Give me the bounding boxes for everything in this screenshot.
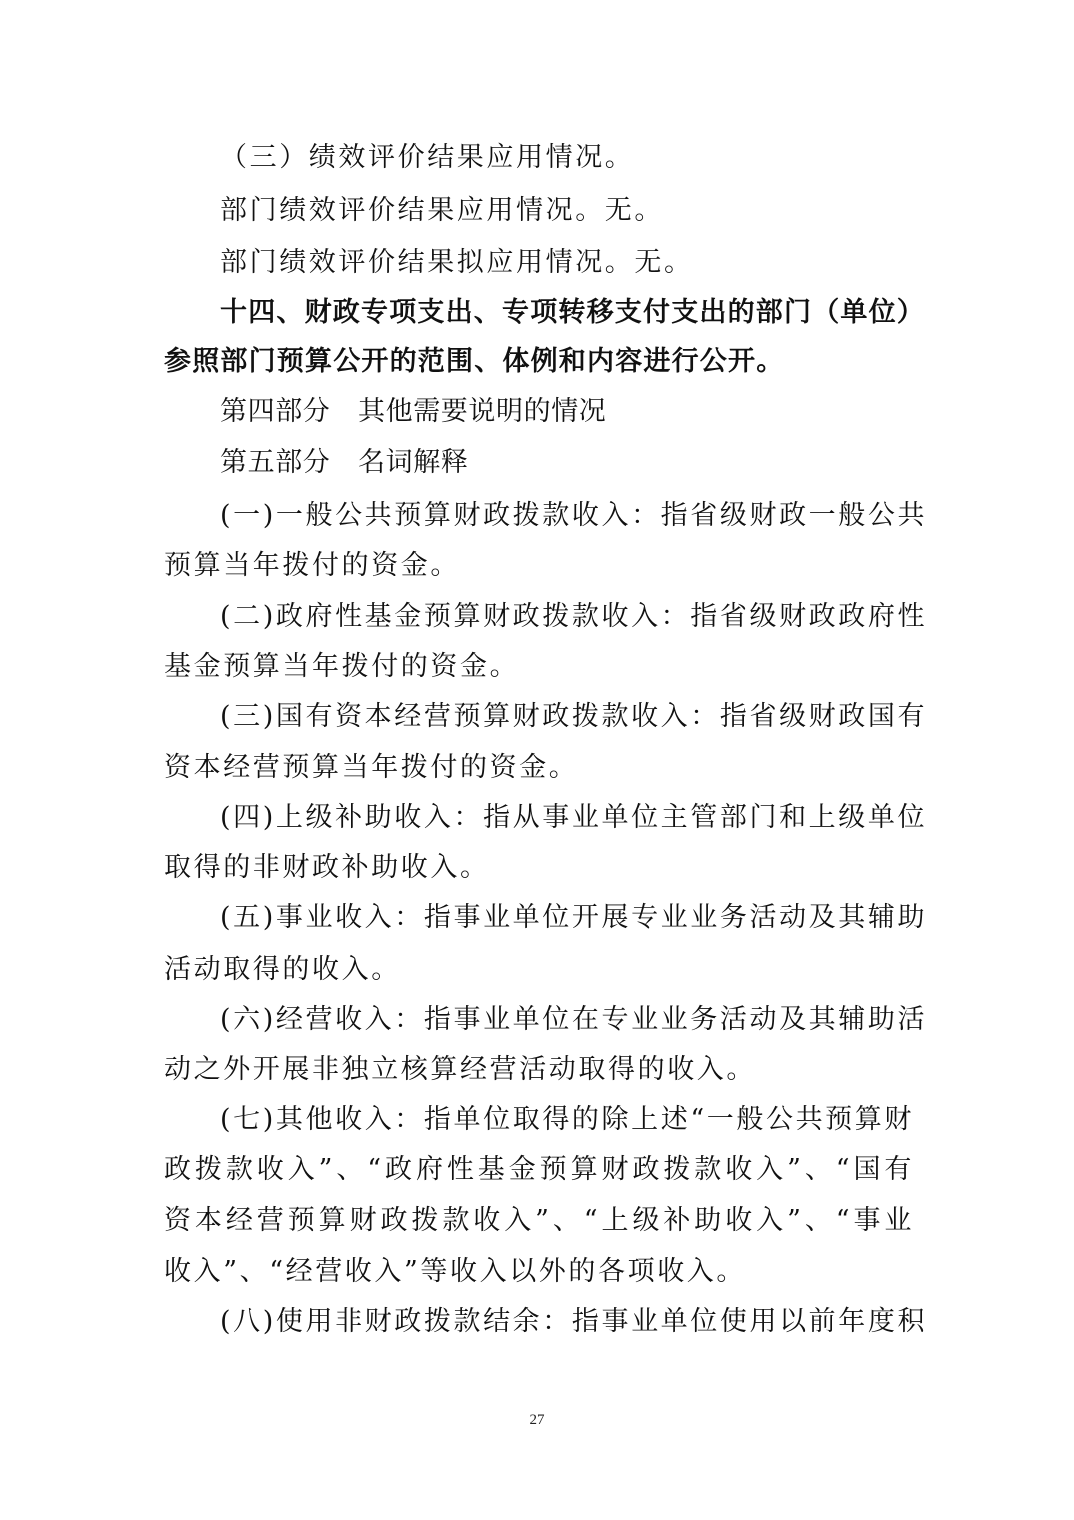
glossary-item-7-continued: 资本经营预算财政拨款收入”、“上级补助收入”、“事业 [164, 1201, 914, 1241]
glossary-item-4: (四)上级补助收入：指从事业单位主管部门和上级单位 [220, 798, 914, 838]
paragraph-line: 部门绩效评价结果应用情况。无。 [220, 191, 970, 231]
paragraph-line: 部门绩效评价结果拟应用情况。无。 [220, 243, 970, 283]
glossary-item-2-continued: 基金预算当年拨付的资金。 [164, 647, 914, 687]
glossary-item-1: (一)一般公共预算财政拨款收入：指省级财政一般公共 [220, 496, 914, 536]
glossary-item-5-continued: 活动取得的收入。 [164, 950, 914, 990]
glossary-item-3: (三)国有资本经营预算财政拨款收入：指省级财政国有 [220, 697, 914, 737]
part-five-heading: 第五部分 名词解释 [220, 443, 970, 483]
glossary-item-1-continued: 预算当年拨付的资金。 [164, 546, 914, 586]
glossary-item-7-continued: 收入”、“经营收入”等收入以外的各项收入。 [164, 1252, 914, 1292]
glossary-item-8: (八)使用非财政拨款结余：指事业单位使用以前年度积 [220, 1302, 914, 1342]
section-heading-14-continued: 参照部门预算公开的范围、体例和内容进行公开。 [164, 342, 914, 382]
glossary-item-2: (二)政府性基金预算财政拨款收入：指省级财政政府性 [220, 597, 914, 637]
glossary-item-7-continued: 政拨款收入”、“政府性基金预算财政拨款收入”、“国有 [164, 1150, 914, 1190]
glossary-item-3-continued: 资本经营预算当年拨付的资金。 [164, 748, 914, 788]
glossary-item-5: (五)事业收入：指事业单位开展专业业务活动及其辅助 [220, 898, 914, 938]
page-number: 27 [0, 1412, 1074, 1429]
document-page: （三）绩效评价结果应用情况。 部门绩效评价结果应用情况。无。 部门绩效评价结果拟… [0, 0, 1074, 1520]
glossary-item-6-continued: 动之外开展非独立核算经营活动取得的收入。 [164, 1050, 914, 1090]
glossary-item-4-continued: 取得的非财政补助收入。 [164, 848, 914, 888]
part-four-heading: 第四部分 其他需要说明的情况 [220, 392, 970, 432]
glossary-item-7: (七)其他收入：指单位取得的除上述“一般公共预算财 [220, 1100, 914, 1140]
glossary-item-6: (六)经营收入：指事业单位在专业业务活动及其辅助活 [220, 1000, 914, 1040]
subsection-heading: （三）绩效评价结果应用情况。 [220, 138, 970, 178]
section-heading-14: 十四、财政专项支出、专项转移支付支出的部门（单位） [220, 293, 914, 333]
